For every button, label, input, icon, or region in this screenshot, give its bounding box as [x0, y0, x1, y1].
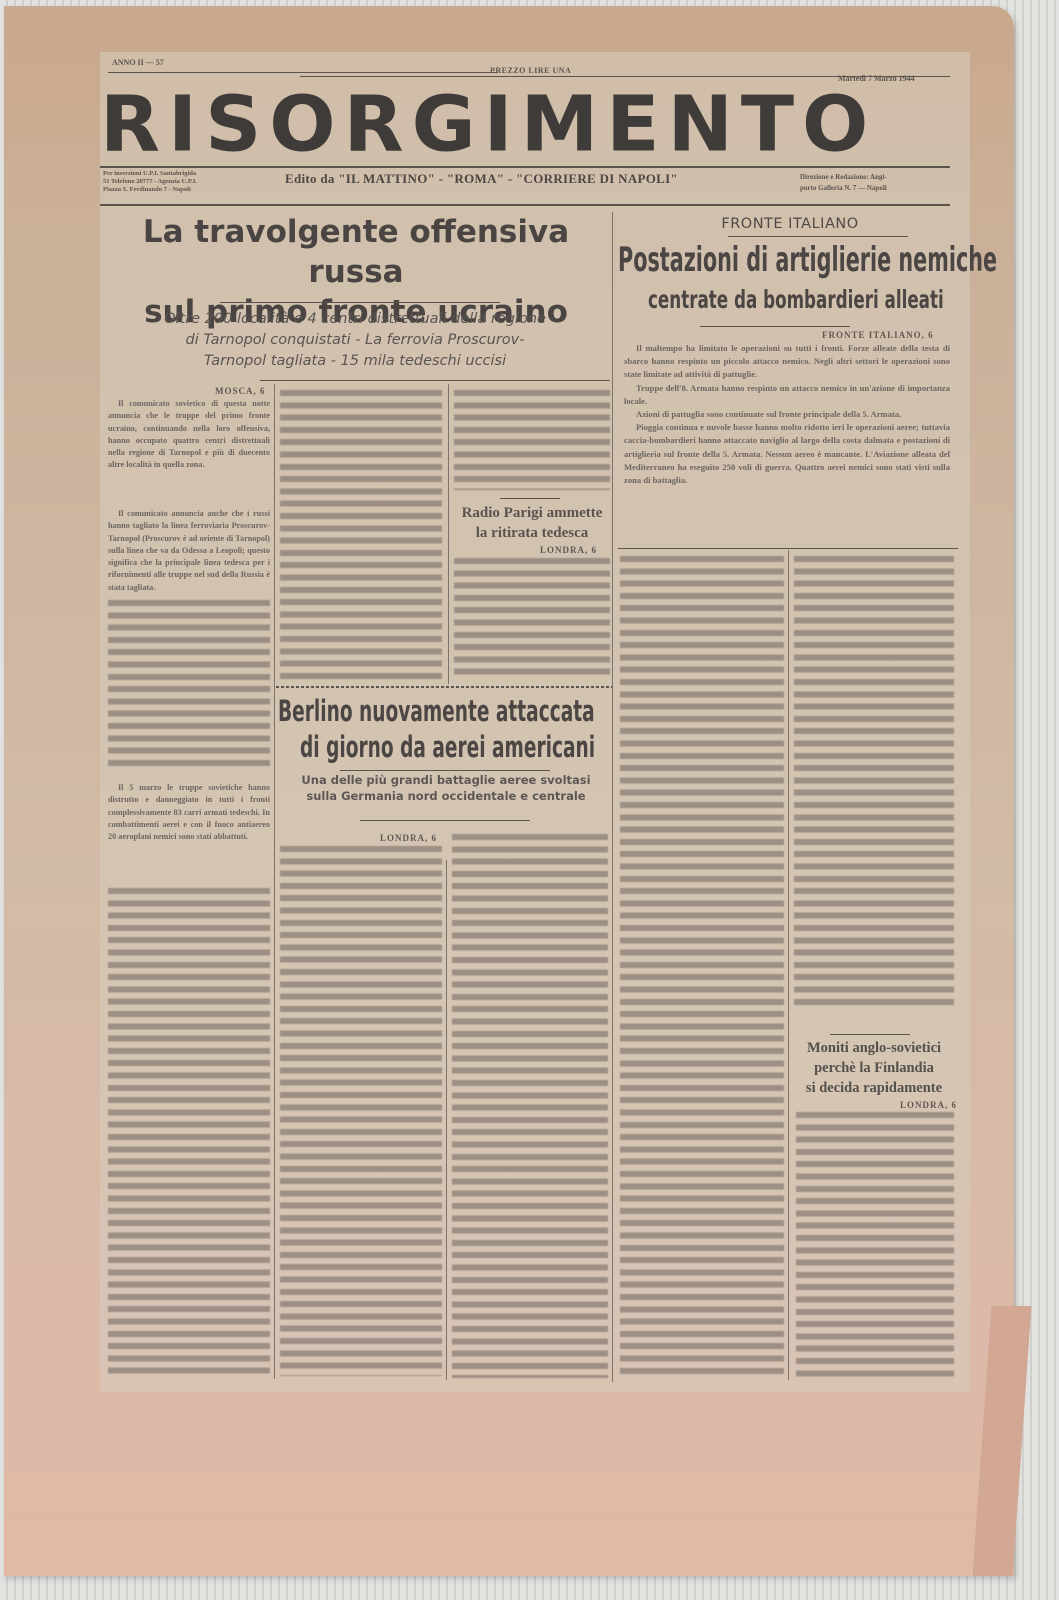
editorial-office-info: Direzione e Redazione: Angi- porto Galle…	[800, 172, 960, 194]
radio-parigi-dateline: LONDRA, 6	[540, 545, 597, 555]
headline-divider	[340, 770, 550, 771]
mosca-column2-text	[280, 390, 442, 680]
headline-divider	[220, 302, 500, 303]
italian-front-dateline: FRONTE ITALIANO, 6	[822, 330, 934, 340]
subheadline-line: Tarnopol tagliata - 15 mila tedeschi ucc…	[100, 351, 610, 372]
mosca-body-text	[108, 600, 270, 770]
header-bottom-rule	[100, 204, 950, 206]
radio-parigi-body	[454, 558, 610, 680]
subheadline-line: Oltre 200 località e 4 centri distrettua…	[100, 309, 610, 330]
berlin-subheadline: Una delle più grandi battaglie aeree svo…	[276, 772, 616, 804]
radio-parigi-headline: Radio Parigi ammette la ritirata tedesca	[452, 503, 612, 543]
headline-line: Moniti anglo-sovietici	[792, 1038, 956, 1058]
section-rule	[260, 380, 610, 381]
subheadline-line: di Tarnopol conquistati - La ferrovia Pr…	[100, 330, 610, 351]
subheadline-line: sulla Germania nord occidentale e centra…	[276, 788, 616, 804]
article-divider	[500, 498, 560, 499]
advertising-line: Piazza S. Ferdinando 7 - Napoli	[103, 186, 273, 194]
article-divider	[830, 1034, 910, 1035]
finland-body	[796, 1112, 954, 1378]
headline-line: la ritirata tedesca	[452, 523, 612, 543]
body-paragraph: Il maltempo ha limitato le operazioni su…	[624, 342, 950, 382]
column-separator	[274, 384, 275, 1379]
office-line: Direzione e Redazione: Angi-	[800, 172, 960, 183]
mosca-lead-paragraph: Il comunicato sovietico di questa notte …	[108, 398, 270, 496]
body-paragraph: Azioni di pattuglia sono continuate sul …	[624, 408, 950, 421]
price: PREZZO LIRE UNA	[490, 66, 571, 75]
body-paragraph: Truppe dell'8. Armata hanno respinto un …	[624, 382, 950, 408]
mosca-continued-text	[108, 888, 270, 1378]
kicker-underline	[728, 236, 908, 237]
berlin-headline: Berlino nuovamente attaccata	[278, 694, 611, 728]
finland-dateline: LONDRA, 6	[900, 1100, 957, 1110]
italian-front-headline: Postazioni di artiglierie nemiche	[618, 240, 997, 280]
headline-divider	[360, 820, 530, 821]
office-line: porto Galleria N. 7 — Napoli	[800, 183, 960, 194]
headline-divider	[700, 326, 850, 327]
headline-line: Radio Parigi ammette	[452, 503, 612, 523]
berlin-dateline: LONDRA, 6	[380, 833, 437, 843]
mosca-column3-text	[454, 390, 610, 490]
publishers-line: Edito da "IL MATTINO" - "ROMA" - "CORRIE…	[285, 171, 678, 187]
italian-front-subheadline: centrate da bombardieri alleati	[648, 285, 944, 315]
subheadline-line: Una delle più grandi battaglie aeree svo…	[276, 772, 616, 788]
column-separator	[788, 550, 789, 1380]
mosca-second-paragraph: Il comunicato annuncia anche che i russi…	[108, 508, 270, 594]
top-rule-right	[300, 76, 950, 77]
italian-front-continued-col2	[794, 556, 954, 1006]
mosca-third-paragraph: Il 5 marzo le truppe sovietiche hanno di…	[108, 782, 270, 878]
advertising-line: Per inserzioni U.P.I. Santabrigida	[103, 170, 273, 178]
section-rule	[618, 548, 958, 549]
berlin-body-col1	[280, 846, 442, 1376]
body-paragraph: Pioggia continua e nuvole basse hanno mo…	[624, 421, 950, 487]
issue-number: ANNO II — 57	[112, 58, 164, 67]
headline-line: perchè la Finlandia	[792, 1058, 956, 1078]
italian-front-body: Il maltempo ha limitato le operazioni su…	[624, 342, 950, 487]
headline-line: si decida rapidamente	[792, 1078, 956, 1098]
finland-headline: Moniti anglo-sovietici perchè la Finland…	[792, 1038, 956, 1098]
advertising-line: 51 Telefono 20777 - Agenzia U.P.I.	[103, 178, 273, 186]
column-separator	[448, 384, 449, 684]
dotted-rule	[276, 686, 612, 688]
italian-front-kicker: FRONTE ITALIANO	[620, 216, 960, 232]
russian-offensive-subheadline: Oltre 200 località e 4 centri distrettua…	[100, 309, 610, 372]
berlin-headline-line2: di giorno da aerei americani	[300, 730, 607, 764]
masthead-rule	[100, 166, 950, 168]
mosca-dateline: MOSCA, 6	[215, 386, 266, 396]
newspaper-title: RISORGIMENTO	[100, 87, 960, 163]
column-separator	[446, 860, 447, 1380]
italian-front-continued-col1	[620, 556, 784, 1378]
top-rule-left	[108, 72, 498, 73]
berlin-body-col2	[452, 834, 608, 1378]
advertising-info: Per inserzioni U.P.I. Santabrigida 51 Te…	[103, 170, 273, 194]
headline-line: La travolgente offensiva russa	[96, 212, 616, 292]
